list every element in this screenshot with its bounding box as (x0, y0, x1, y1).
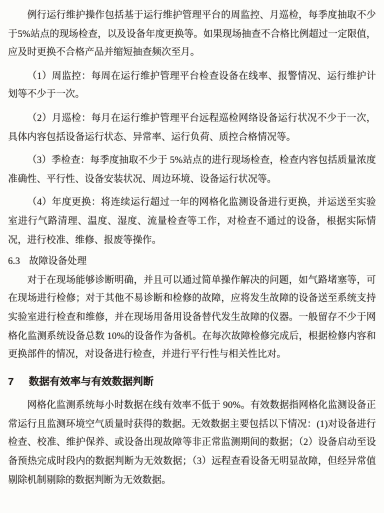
section-title: 故障设备处理 (29, 256, 87, 267)
section-heading: 6.3故障设备处理 (8, 253, 376, 272)
paragraph: 对于在现场能够诊断明确，并且可以通过简单操作解决的问题，如气路堵塞等，可在现场进… (8, 272, 376, 365)
section-heading: 7数据有效率与有效数据判断 (8, 374, 376, 393)
document-body: 例行运行维护操作包括基于运行维护管理平台的周监控、月巡检，每季度抽取不少于5%站… (8, 7, 376, 490)
section-number: 7 (8, 377, 14, 388)
document-page: 例行运行维护操作包括基于运行维护管理平台的周监控、月巡检，每季度抽取不少于5%站… (0, 0, 384, 513)
section-number: 6.3 (8, 256, 20, 267)
paragraph: 例行运行维护操作包括基于运行维护管理平台的周监控、月巡检，每季度抽取不少于5%站… (8, 7, 376, 63)
paragraph: （1）周监控：每周在运行维护管理平台检查设备在线率、报警情况、运行维护计划等不少… (8, 68, 376, 105)
paragraph: （4）年度更换：将连续运行超过一年的网格化监测设备进行更换，并运送至实验室进行气… (8, 194, 376, 250)
paragraph: （2）月巡检：每月在运行维护管理平台远程巡检网络设备运行状况不少于一次，具体内容… (8, 110, 376, 147)
section-title: 数据有效率与有效数据判断 (29, 377, 154, 388)
paragraph: （3）季检查：每季度抽取不少于 5%站点的进行现场检查，检查内容包括质量浓度准确… (8, 152, 376, 189)
paragraph: 网格化监测系统每小时数据在线有效率不低于 90%。有效数据指网格化监测设备正常运… (8, 397, 376, 490)
